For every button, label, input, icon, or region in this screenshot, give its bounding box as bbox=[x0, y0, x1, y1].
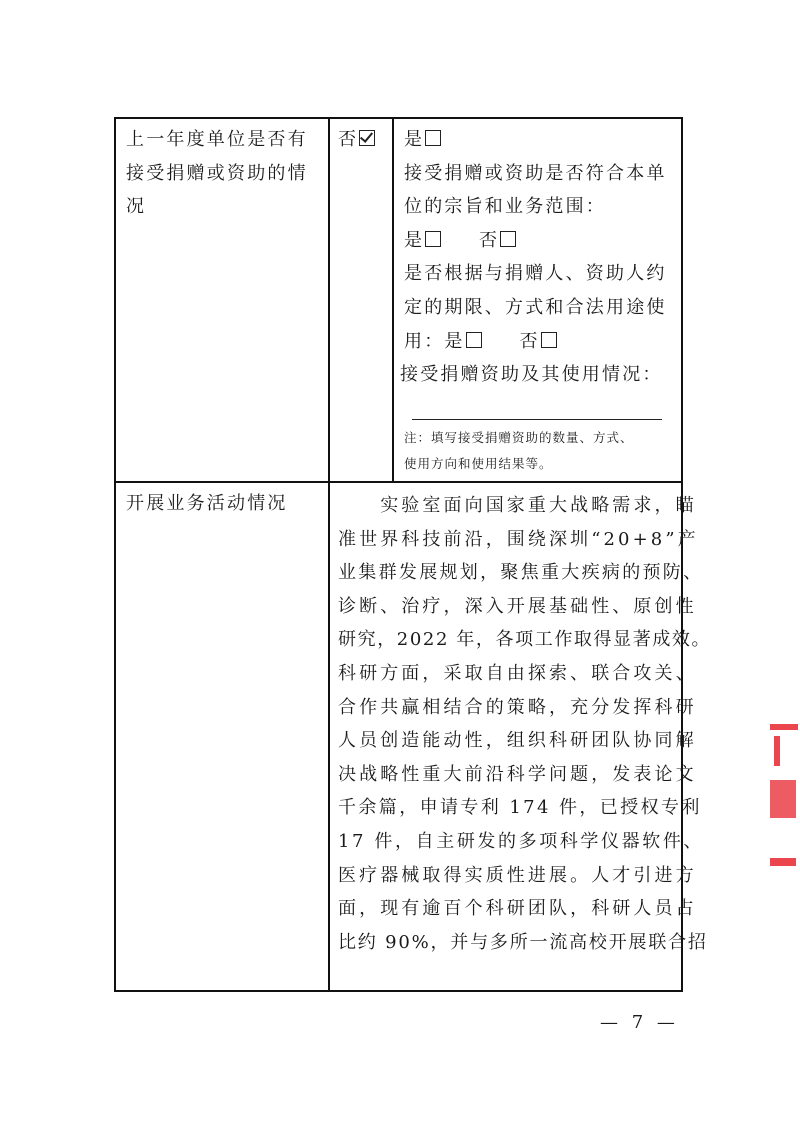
form-table: 上一年度单位是否有 接受捐赠或资助的情 况 否 是 接受捐赠或资助是否符合本单 … bbox=[114, 117, 683, 992]
page-number: — 7 — bbox=[600, 1012, 679, 1033]
q2-line: 是否根据与捐赠人、资助人约 bbox=[404, 257, 680, 291]
q2-yes-checkbox[interactable] bbox=[466, 332, 482, 348]
usage-fill-line[interactable] bbox=[412, 419, 662, 420]
label-line: 上一年度单位是否有 bbox=[126, 123, 326, 157]
content-line: 诊断、治疗，深入开展基础性、原创性 bbox=[338, 590, 678, 624]
q1-yes-checkbox[interactable] bbox=[425, 231, 441, 247]
q1-line: 位的宗旨和业务范围： bbox=[404, 190, 680, 224]
note-line: 注：填写接受捐赠资助的数量、方式、 bbox=[404, 425, 680, 451]
q2-yes-label: 是 bbox=[444, 331, 464, 352]
q2-line: 定的期限、方式和合法用途使 bbox=[404, 291, 680, 325]
content-line: 合作共赢相结合的策略，充分发挥科研 bbox=[338, 691, 678, 725]
yes-checkbox[interactable] bbox=[425, 130, 441, 146]
content-line: 17 件，自主研发的多项科学仪器软件、 bbox=[338, 825, 678, 859]
content-line: 准世界科技前沿，围绕深圳“20+8”产 bbox=[338, 523, 678, 557]
business-activity-label: 开展业务活动情况 bbox=[126, 487, 326, 521]
q1-no-checkbox[interactable] bbox=[500, 231, 516, 247]
content-line: 科研方面，采取自由探索、联合攻关、 bbox=[338, 657, 678, 691]
label-line: 接受捐赠或资助的情 bbox=[126, 157, 326, 191]
label-line: 开展业务活动情况 bbox=[126, 487, 326, 521]
row-divider bbox=[116, 481, 681, 483]
content-line: 实验室面向国家重大战略需求，瞄 bbox=[338, 489, 678, 523]
usage-label: 接受捐赠资助及其使用情况： bbox=[400, 358, 680, 392]
no-option-label: 否 bbox=[338, 129, 358, 150]
content-line: 人员创造能动性，组织科研团队协同解 bbox=[338, 724, 678, 758]
note-cell: 注：填写接受捐赠资助的数量、方式、 使用方向和使用结果等。 bbox=[404, 425, 680, 477]
content-line: 医疗器械取得实质性进展。人才引进方 bbox=[338, 859, 678, 893]
q2-no-label: 否 bbox=[519, 331, 539, 352]
content-line: 面，现有逾百个科研团队，科研人员占 bbox=[338, 892, 678, 926]
q2-no-checkbox[interactable] bbox=[541, 332, 557, 348]
content-line: 业集群发展规划，聚焦重大疾病的预防、 bbox=[338, 556, 678, 590]
content-line: 比约 90%，并与多所一流高校开展联合招 bbox=[338, 926, 678, 960]
q1-yes-label: 是 bbox=[404, 230, 424, 251]
yes-option-label: 是 bbox=[404, 129, 424, 150]
column-divider-1 bbox=[328, 119, 330, 990]
donation-details-cell: 是 接受捐赠或资助是否符合本单 位的宗旨和业务范围： 是 否 是否根据与捐赠人、… bbox=[404, 123, 680, 392]
business-activity-content: 实验室面向国家重大战略需求，瞄 准世界科技前沿，围绕深圳“20+8”产 业集群发… bbox=[338, 489, 678, 959]
content-line: 千余篇，申请专利 174 件，已授权专利 bbox=[338, 791, 678, 825]
label-line: 况 bbox=[126, 190, 326, 224]
q1-line: 接受捐赠或资助是否符合本单 bbox=[404, 157, 680, 191]
red-seal-fragment bbox=[760, 720, 800, 880]
q1-no-label: 否 bbox=[479, 230, 499, 251]
donation-question-label: 上一年度单位是否有 接受捐赠或资助的情 况 bbox=[126, 123, 326, 224]
column-divider-2 bbox=[392, 119, 394, 481]
content-line: 研究，2022 年，各项工作取得显著成效。 bbox=[338, 623, 678, 657]
note-line: 使用方向和使用结果等。 bbox=[404, 451, 680, 477]
q2-prefix: 用： bbox=[404, 331, 444, 352]
no-option-cell: 否 bbox=[338, 123, 392, 157]
no-checkbox-checked[interactable] bbox=[359, 130, 375, 146]
content-line: 决战略性重大前沿科学问题，发表论文 bbox=[338, 758, 678, 792]
